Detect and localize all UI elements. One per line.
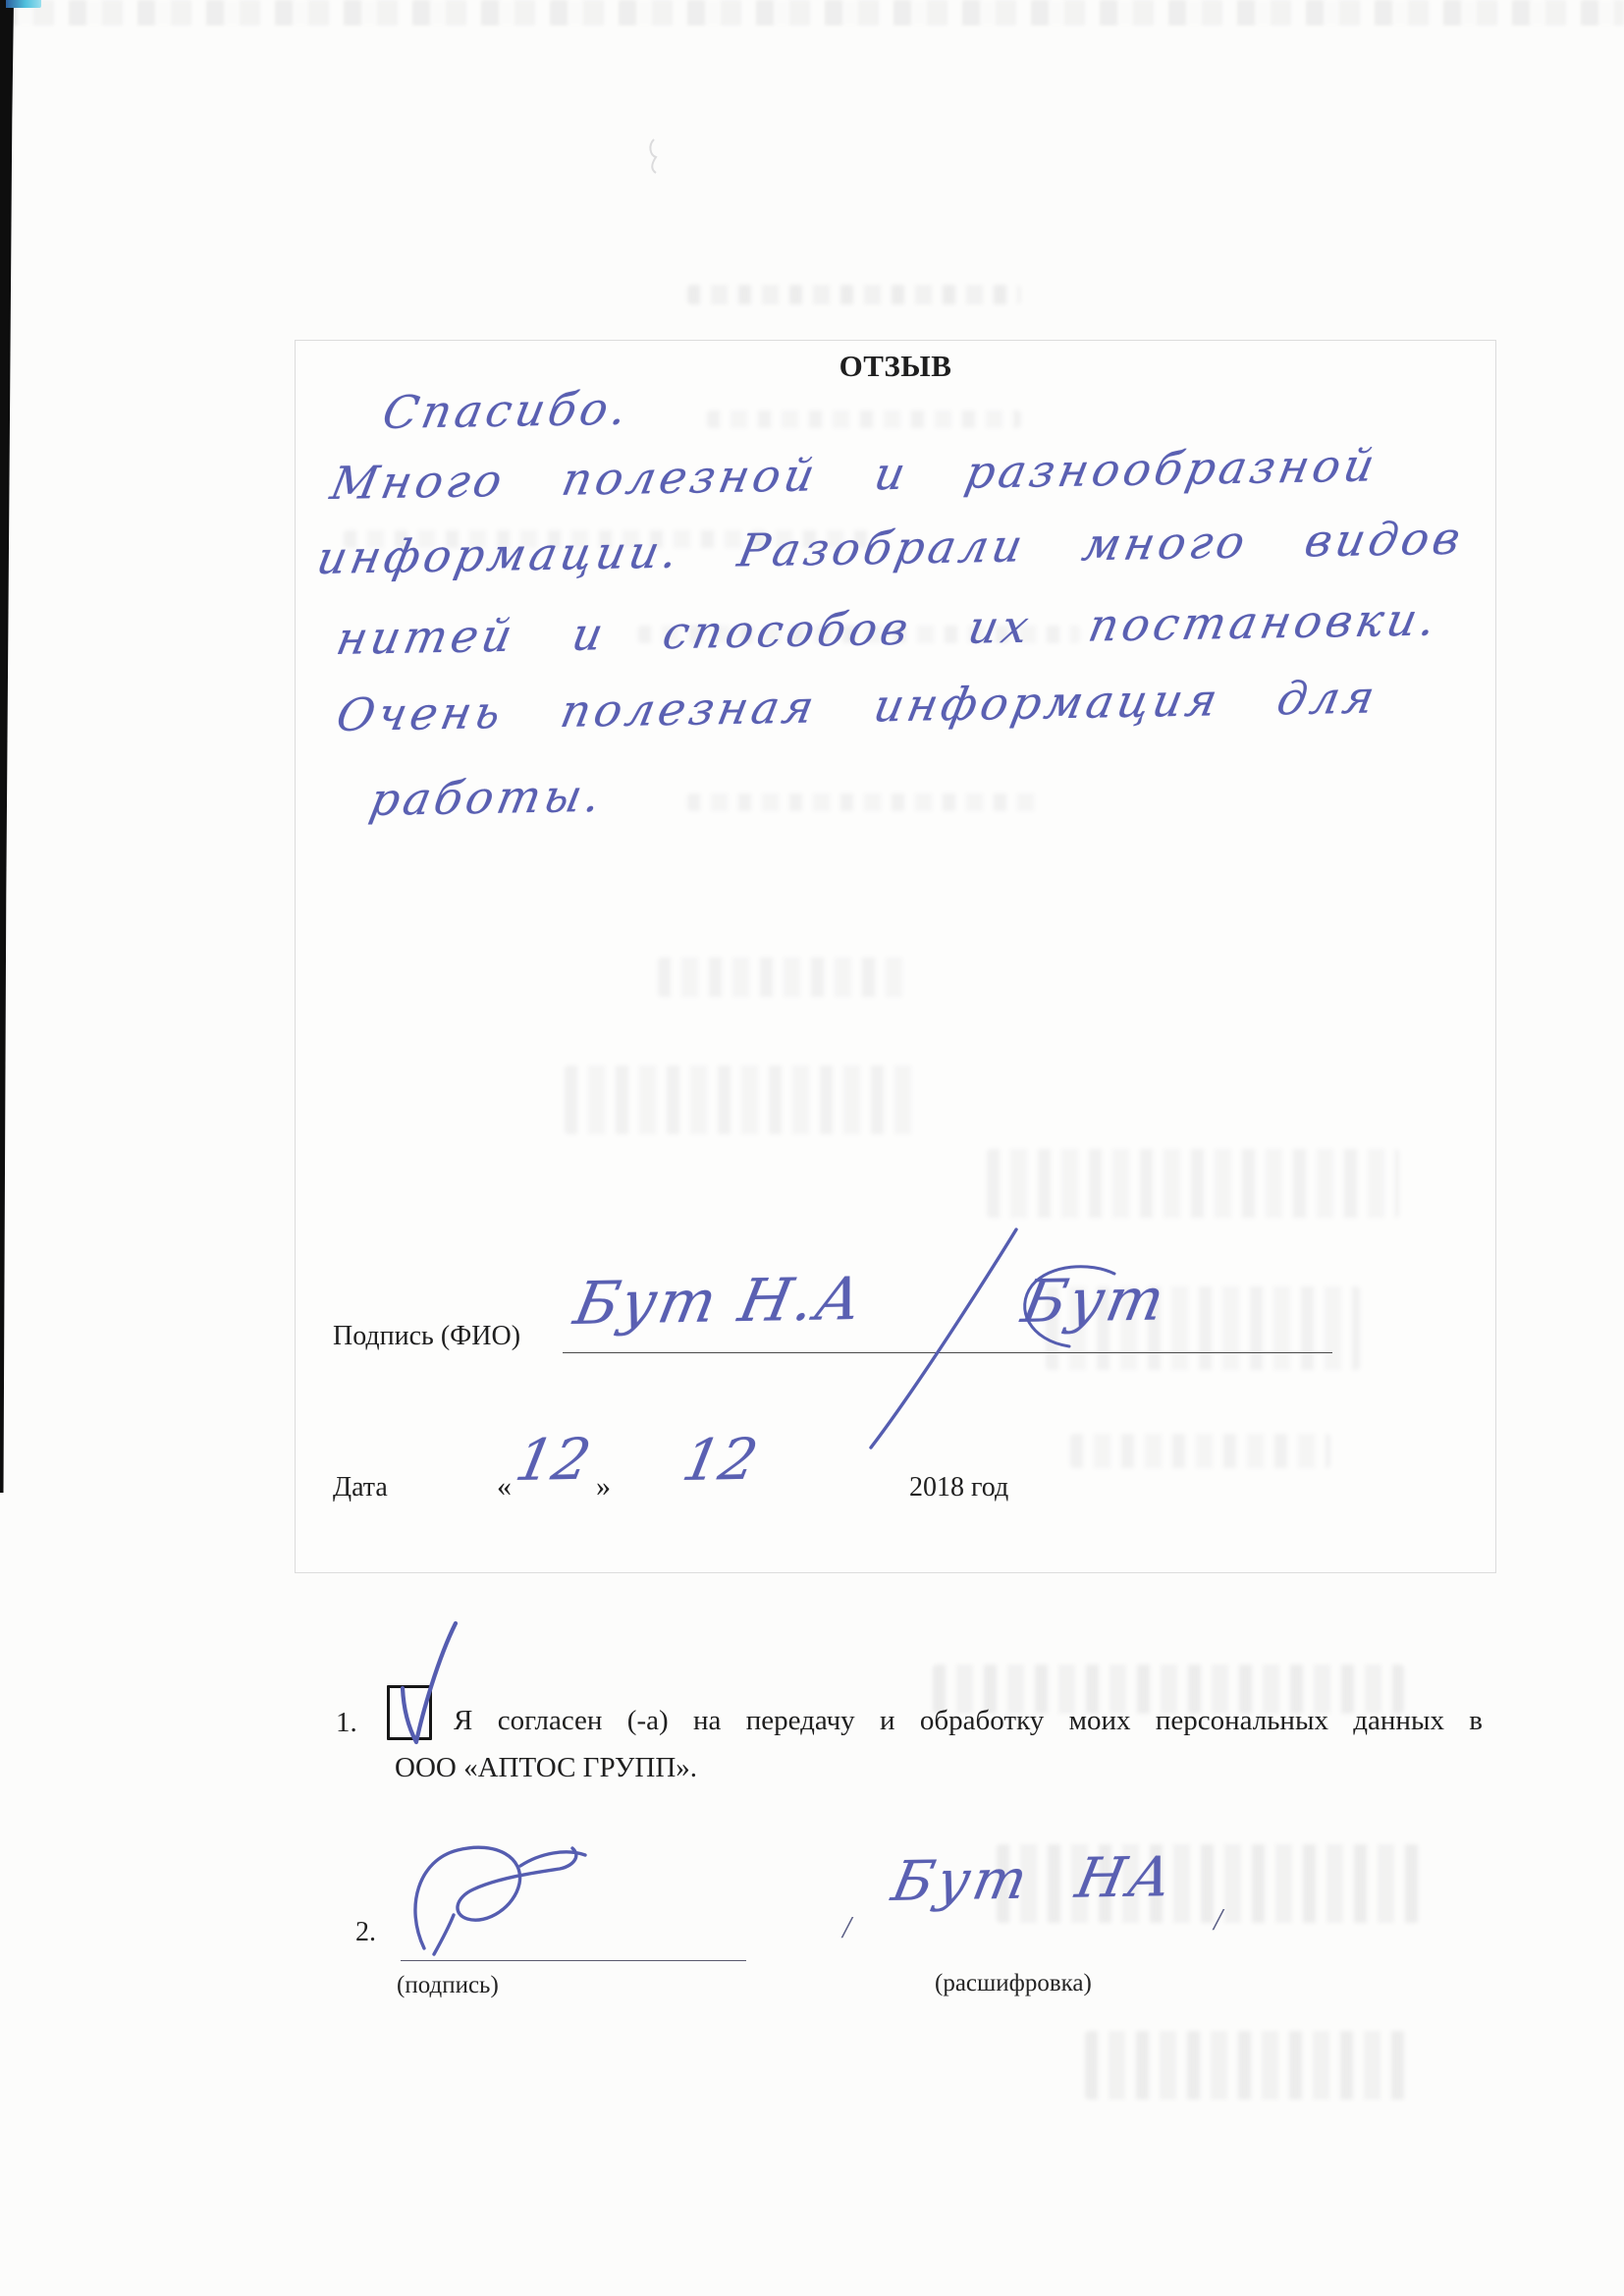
consent-item-number: 1. <box>336 1707 357 1739</box>
scan-edge-shadow <box>0 0 14 1493</box>
quote-open: « <box>497 1470 512 1503</box>
scan-noise-band <box>0 0 1624 26</box>
date-label: Дата <box>333 1472 388 1503</box>
stray-pen-mark <box>640 136 670 175</box>
consent-text-line2: ООО «АПТОС ГРУПП». <box>395 1752 697 1784</box>
slash-left: / <box>842 1909 851 1945</box>
handwritten-day: 12 <box>511 1426 596 1494</box>
transcript-caption: (расшифровка) <box>935 1970 1092 1997</box>
signature-caption: (подпись) <box>397 1972 499 1999</box>
year-label: 2018 год <box>909 1472 1008 1503</box>
handwritten-review-line: работы. <box>365 769 609 826</box>
handwritten-month: 12 <box>677 1426 763 1494</box>
signature-item-number: 2. <box>355 1917 376 1948</box>
review-form-box: ОТЗЫВ Спасибо. Много полезной и разнообр… <box>295 340 1496 1573</box>
signature-line-2 <box>401 1960 746 1961</box>
handwritten-transcript-name: Бут НА <box>887 1845 1180 1914</box>
handwritten-review-line: Очень полезная информация для <box>332 671 1382 741</box>
signature-flourish <box>1012 1262 1130 1350</box>
signature-row-label: Подпись (ФИО) <box>333 1321 520 1352</box>
handwritten-review-line: Спасибо. <box>378 382 634 439</box>
handwritten-review-line: нитей и способов их постановки. <box>332 592 1443 664</box>
quote-close: » <box>596 1470 611 1503</box>
handwritten-name: Бут Н.А <box>568 1265 870 1339</box>
signature-stroke <box>405 1838 611 1961</box>
handwritten-review-line: Много полезной и разнообразной <box>326 438 1382 510</box>
handwritten-review-line: информации. Разобрали много видов <box>312 512 1468 584</box>
form-title: ОТЗЫВ <box>296 349 1495 384</box>
bleedthrough-smudge <box>1085 2031 1409 2100</box>
checkmark-stroke <box>379 1615 477 1763</box>
consent-text-line1: Я согласен (-а) на передачу и обработку … <box>454 1705 1483 1737</box>
scanned-feedback-page: ОТЗЫВ Спасибо. Много полезной и разнообр… <box>0 0 1624 2296</box>
scan-color-artifact <box>6 0 41 8</box>
bleedthrough-smudge <box>687 285 1021 304</box>
slash-right: / <box>1214 1901 1222 1938</box>
handwritten-slash-stroke <box>857 1222 1034 1457</box>
